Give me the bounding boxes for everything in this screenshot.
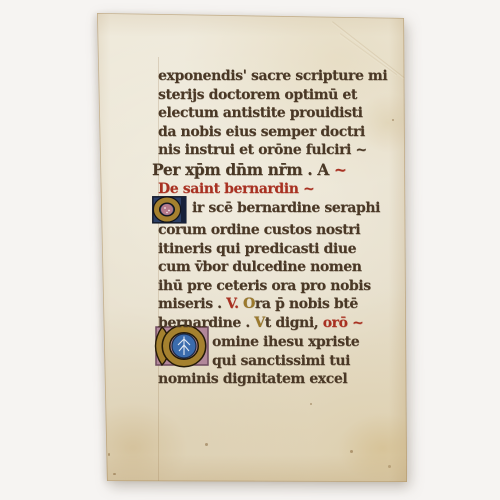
text-line-12: ihū pre ceteris ora pro nobis [158, 278, 371, 294]
text-line-4: da nobis eius semper doctri [158, 124, 365, 140]
text-segment: exponendis' sacre scripture mi [158, 68, 387, 84]
text-line-10: itineris qui predicasti diue [158, 241, 356, 257]
text-segment: De saint bernardin ~ [158, 181, 314, 197]
text-segment: da nobis eius semper doctri [158, 124, 365, 140]
text-line-1: exponendis' sacre scripture mi [158, 68, 387, 84]
text-line-5: nis instrui et orōne fulciri ~ [158, 142, 367, 158]
initial-ground-bar [181, 197, 186, 223]
text-segment: V. [226, 296, 239, 312]
text-line-11: cum v̄bor dulcedine nomen [158, 259, 362, 275]
stain-speck [205, 443, 208, 446]
text-line-9: corum ordine custos nostri [158, 222, 360, 238]
text-line-2: sterijs doctorem optimū et [158, 87, 357, 103]
text-line-8: ir scē bernardine seraphi [192, 200, 380, 216]
text-segment: O [243, 296, 255, 312]
stain [338, 413, 428, 483]
text-segment: nis instrui et orōne fulciri ~ [158, 142, 367, 158]
initial-center-dot [166, 212, 168, 214]
text-segment: sterijs doctorem optimū et [158, 87, 357, 103]
text-segment: qui sanctissimi tui [212, 353, 350, 369]
stain-speck [350, 450, 353, 453]
stain-speck [113, 473, 116, 475]
text-segment: ir scē bernardine seraphi [192, 200, 380, 216]
stain-speck [388, 465, 391, 468]
text-line-14: bernardine . Vt digni, orō ~ [158, 315, 363, 331]
manuscript-leaf: exponendis' sacre scripture misterijs do… [88, 13, 408, 483]
decorated-initial-V [152, 196, 187, 224]
initial-center-dot [168, 210, 170, 212]
photo-stage: exponendis' sacre scripture misterijs do… [0, 0, 500, 500]
text-segment: omine ihesu xpriste [212, 334, 359, 350]
text-line-13: miseris . V. Ora p̄ nobis btē [158, 296, 358, 312]
text-segment: miseris . [158, 296, 226, 312]
text-line-6: Per xp̄m dn̄m nr̄m . A ~ [152, 160, 347, 179]
stain [358, 93, 418, 153]
text-segment: V [254, 315, 264, 331]
initial-center [161, 204, 173, 215]
text-line-17: nominis dignitatem excel [158, 371, 347, 387]
text-segment: electum antistite prouidisti [158, 105, 363, 121]
manuscript-leaf-wrapper: exponendis' sacre scripture misterijs do… [88, 13, 408, 483]
text-segment: t digni, [265, 315, 323, 331]
text-segment: cum v̄bor dulcedine nomen [158, 259, 362, 275]
stain-speck [310, 403, 312, 405]
text-segment: corum ordine custos nostri [158, 222, 360, 238]
stain-speck [108, 453, 110, 456]
text-segment: ihū pre ceteris ora pro nobis [158, 278, 371, 294]
text-line-15: omine ihesu xpriste [212, 334, 359, 350]
text-segment: orō ~ [323, 315, 364, 331]
initial-center-dot [164, 207, 166, 209]
text-segment: ra p̄ nobis btē [255, 296, 358, 312]
text-segment: bernardine . [158, 315, 254, 331]
text-line-16: qui sanctissimi tui [212, 353, 350, 369]
text-segment: ~ [329, 160, 347, 179]
text-segment: Per xp̄m dn̄m nr̄m . A [152, 160, 329, 179]
stain [78, 403, 188, 493]
text-segment: itineris qui predicasti diue [158, 241, 356, 257]
text-segment: nominis dignitatem excel [158, 371, 347, 387]
stain-speck [392, 119, 394, 121]
text-line-3: electum antistite prouidisti [158, 105, 363, 121]
text-line-7: De saint bernardin ~ [158, 181, 314, 197]
stain-speck [104, 433, 106, 435]
